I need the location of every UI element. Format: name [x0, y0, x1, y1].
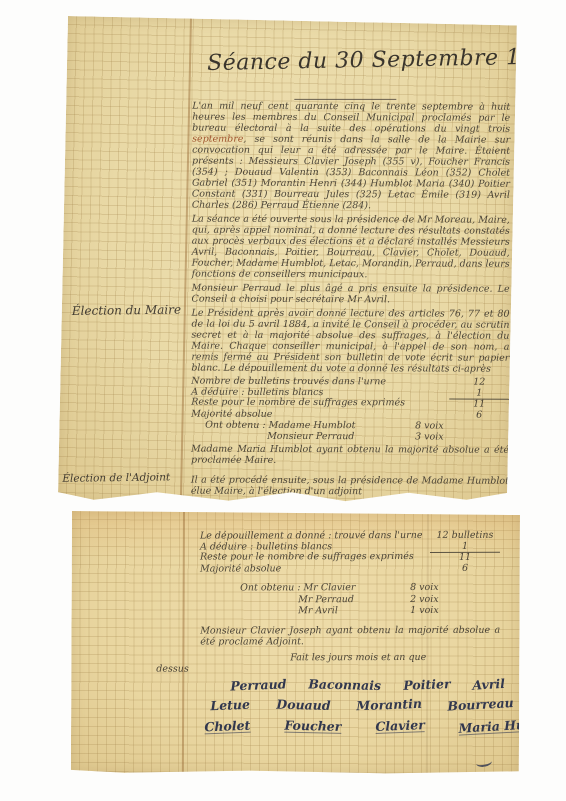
signature-block: Perraud Baconnais Poitier Avril Letue Do… [204, 678, 500, 732]
votes-block-maire: Ont obtenu : Madame Humblot 8 voix Monsi… [205, 421, 485, 443]
margin-note-election-adjoint: Élection de l'Adjoint [62, 471, 170, 485]
tally-value: 11 [430, 552, 500, 564]
vote-value: 3 voix [415, 432, 485, 443]
tally-block-adjoint: Le dépouillement a donné : trouvé dans l… [200, 531, 500, 575]
opening-part2: , se sont réunis dans la salle de la Mai… [192, 134, 510, 211]
tally-row: Reste pour le nombre de suffrages exprim… [200, 552, 500, 564]
signature: Foucher [284, 719, 341, 733]
tally-row: Le dépouillement a donné : trouvé dans l… [200, 531, 500, 542]
tally-value: 1 [430, 541, 500, 552]
body-paragraph-maire-intro: Le Président après avoir donné lecture d… [191, 308, 509, 375]
stray-ink-mark [475, 757, 492, 769]
page-title: Séance du 30 Septembre 1945 [207, 45, 512, 76]
page-1-body: L'an mil neuf cent quarante cinq le tren… [191, 101, 510, 501]
vote-row: Mr Avril 1 voix [240, 605, 480, 617]
vote-name: Mr Avril [298, 605, 338, 617]
signature: Morantin [356, 698, 422, 712]
proclamation-adjoint: Monsieur Clavier Joseph ayant obtenu la … [200, 624, 500, 648]
opening-part1: L'an mil neuf cent quarante cinq le tren… [192, 101, 510, 135]
signature: Cholet [204, 719, 250, 733]
signature: Bourreau [447, 697, 514, 712]
page-2: Le dépouillement a donné : trouvé dans l… [71, 511, 520, 775]
document-scan: { "colors": { "paper": "#e9d9a6", "paper… [0, 0, 566, 801]
page-2-body: Le dépouillement a donné : trouvé dans l… [200, 529, 501, 742]
signature: Poitier [403, 678, 451, 691]
vote-name: Ont obtenu : Mr Clavier [240, 582, 355, 594]
closing-line-2: dessus [156, 663, 500, 675]
tally-value: 11 [449, 399, 509, 411]
vote-value: 1 voix [410, 605, 480, 617]
margin-rule [182, 511, 185, 773]
margin-note-election-maire: Élection du Maire [72, 303, 181, 319]
accent-word-septembre: septembre [192, 134, 243, 145]
signature: Douaud [276, 699, 330, 712]
tally-value: 6 [430, 563, 500, 574]
signature-row: Letue Douaud Morantin Bourreau [210, 699, 500, 711]
signature: Letue [210, 699, 250, 712]
vote-row: Ont obtenu : Mr Clavier 8 voix [240, 582, 480, 594]
tally-block-maire: Nombre de bulletins trouvés dans l'urne … [191, 377, 509, 421]
signature: Maria Humblot [458, 716, 566, 734]
vote-value: 2 voix [410, 593, 480, 605]
vote-row: Monsieur Perraud 3 voix [205, 431, 485, 442]
closing-statement: Fait les jours mois et an que dessus [200, 651, 500, 675]
tally-value: 12 [449, 378, 509, 389]
signature-row: Cholet Foucher Clavier Maria Humblot [204, 719, 500, 732]
tally-label: Majorité absolue [191, 409, 272, 420]
signature-row: Perraud Baconnais Poitier Avril [230, 678, 500, 690]
page-1: Séance du 30 Septembre 1945 Élection du … [58, 16, 517, 511]
proclamation-maire: Madame Maria Humblot ayant obtenu la maj… [191, 444, 509, 467]
tally-row: Majorité absolue 6 [200, 563, 500, 574]
tally-label: Reste pour le nombre de suffrages exprim… [200, 552, 414, 564]
body-paragraph-adjoint-intro: Il a été procédé ensuite, sous la présid… [191, 475, 509, 498]
tally-label: Majorité absolue [200, 564, 281, 575]
body-paragraph-presidence: Monsieur Perraud le plus âgé a pris ensu… [192, 283, 510, 306]
signature: Avril [472, 677, 505, 690]
vote-row: Mr Perraud 2 voix [240, 593, 480, 605]
closing-line-1: Fait les jours mois et an que [290, 651, 500, 663]
signature: Clavier [375, 719, 425, 733]
title-underline [294, 99, 396, 100]
signature: Perraud [230, 678, 287, 692]
body-paragraph-seance-ouverte: La séance a été ouverte sous la présiden… [192, 214, 510, 281]
vote-value: 8 voix [410, 582, 480, 594]
tally-value: 1 [449, 388, 509, 399]
tally-value: 12 bulletins [430, 531, 500, 542]
signature: Baconnais [308, 678, 381, 691]
votes-block-adjoint: Ont obtenu : Mr Clavier 8 voix Mr Perrau… [240, 582, 480, 617]
vote-name: Monsieur Perraud [267, 431, 354, 442]
opening-paragraph: L'an mil neuf cent quarante cinq le tren… [192, 101, 510, 212]
margin-rule [180, 19, 192, 505]
vote-name: Mr Perraud [298, 594, 354, 606]
tally-value: 6 [449, 410, 509, 421]
